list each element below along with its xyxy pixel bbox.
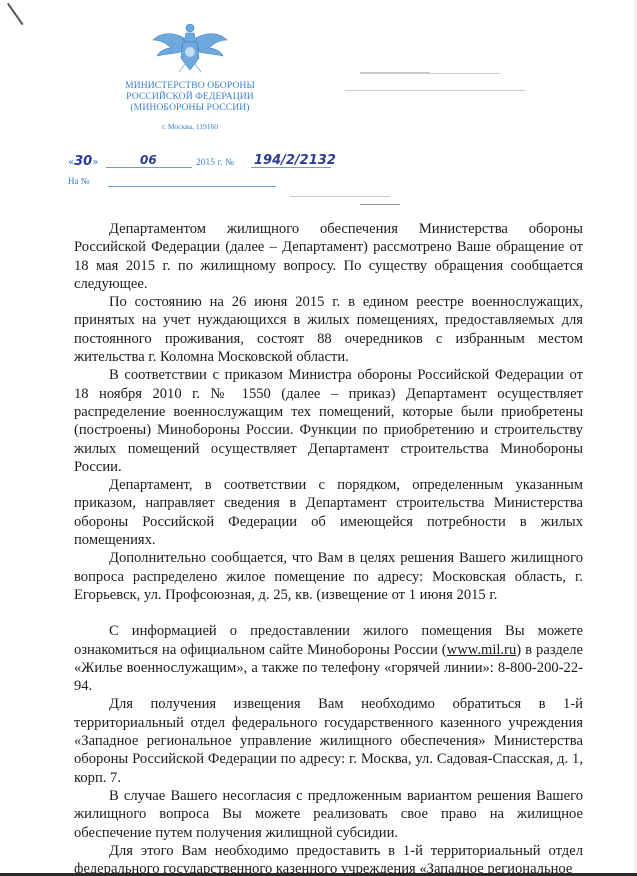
registration-month: 06: [140, 153, 157, 167]
month-underline: [106, 167, 192, 168]
ministry-address: г. Москва, 119160: [80, 122, 300, 131]
faint-scan-line: [360, 73, 500, 74]
paragraph-6: С информацией о предоставлении жилого по…: [74, 622, 583, 695]
paragraph-2: По состоянию на 26 июня 2015 г. в едином…: [74, 293, 583, 366]
registration-day: «30»: [68, 154, 98, 169]
registration-number: 194/2/2132: [254, 153, 336, 168]
paragraph-1: Департаментом жилищного обеспечения Мини…: [74, 220, 583, 293]
letterhead: МИНИСТЕРСТВО ОБОРОНЫ РОССИЙСКОЙ ФЕДЕРАЦИ…: [80, 22, 300, 131]
paragraph-7: Для получения извещения Вам необходимо о…: [74, 695, 583, 786]
registration-year-label: 2015 г. №: [196, 158, 234, 168]
registration-line: «30» 06 2015 г. № 194/2/2132: [68, 150, 388, 172]
ministry-name-line-2: РОССИЙСКОЙ ФЕДЕРАЦИИ: [80, 91, 300, 102]
reply-to-underline: [108, 186, 276, 187]
faint-scan-line: [290, 196, 390, 197]
double-headed-eagle-icon: [151, 22, 229, 74]
reply-to-label: На №: [68, 176, 89, 186]
letter-body: Департаментом жилищного обеспечения Мини…: [74, 220, 583, 876]
ministry-name-line-1: МИНИСТЕРСТВО ОБОРОНЫ: [80, 80, 300, 91]
paragraph-4: Департамент, в соответствии с порядком, …: [74, 476, 583, 549]
paragraph-8: В случае Вашего несогласия с предложенны…: [74, 787, 583, 842]
faint-scan-line: [360, 204, 400, 205]
faint-scan-line: [345, 90, 525, 91]
ministry-name-line-3: (МИНОБОРОНЫ РОССИИ): [80, 102, 300, 113]
paragraph-3: В соответствии с приказом Министра оборо…: [74, 366, 583, 476]
reply-to-line: На №: [68, 176, 288, 186]
website-link[interactable]: www.mil.ru: [447, 642, 517, 658]
paragraph-5: Дополнительно сообщается, что Вам в целя…: [74, 549, 583, 604]
paragraph-9: Для этого Вам необходимо предоставить в …: [74, 842, 583, 876]
scan-artifact-mark: [7, 3, 24, 25]
